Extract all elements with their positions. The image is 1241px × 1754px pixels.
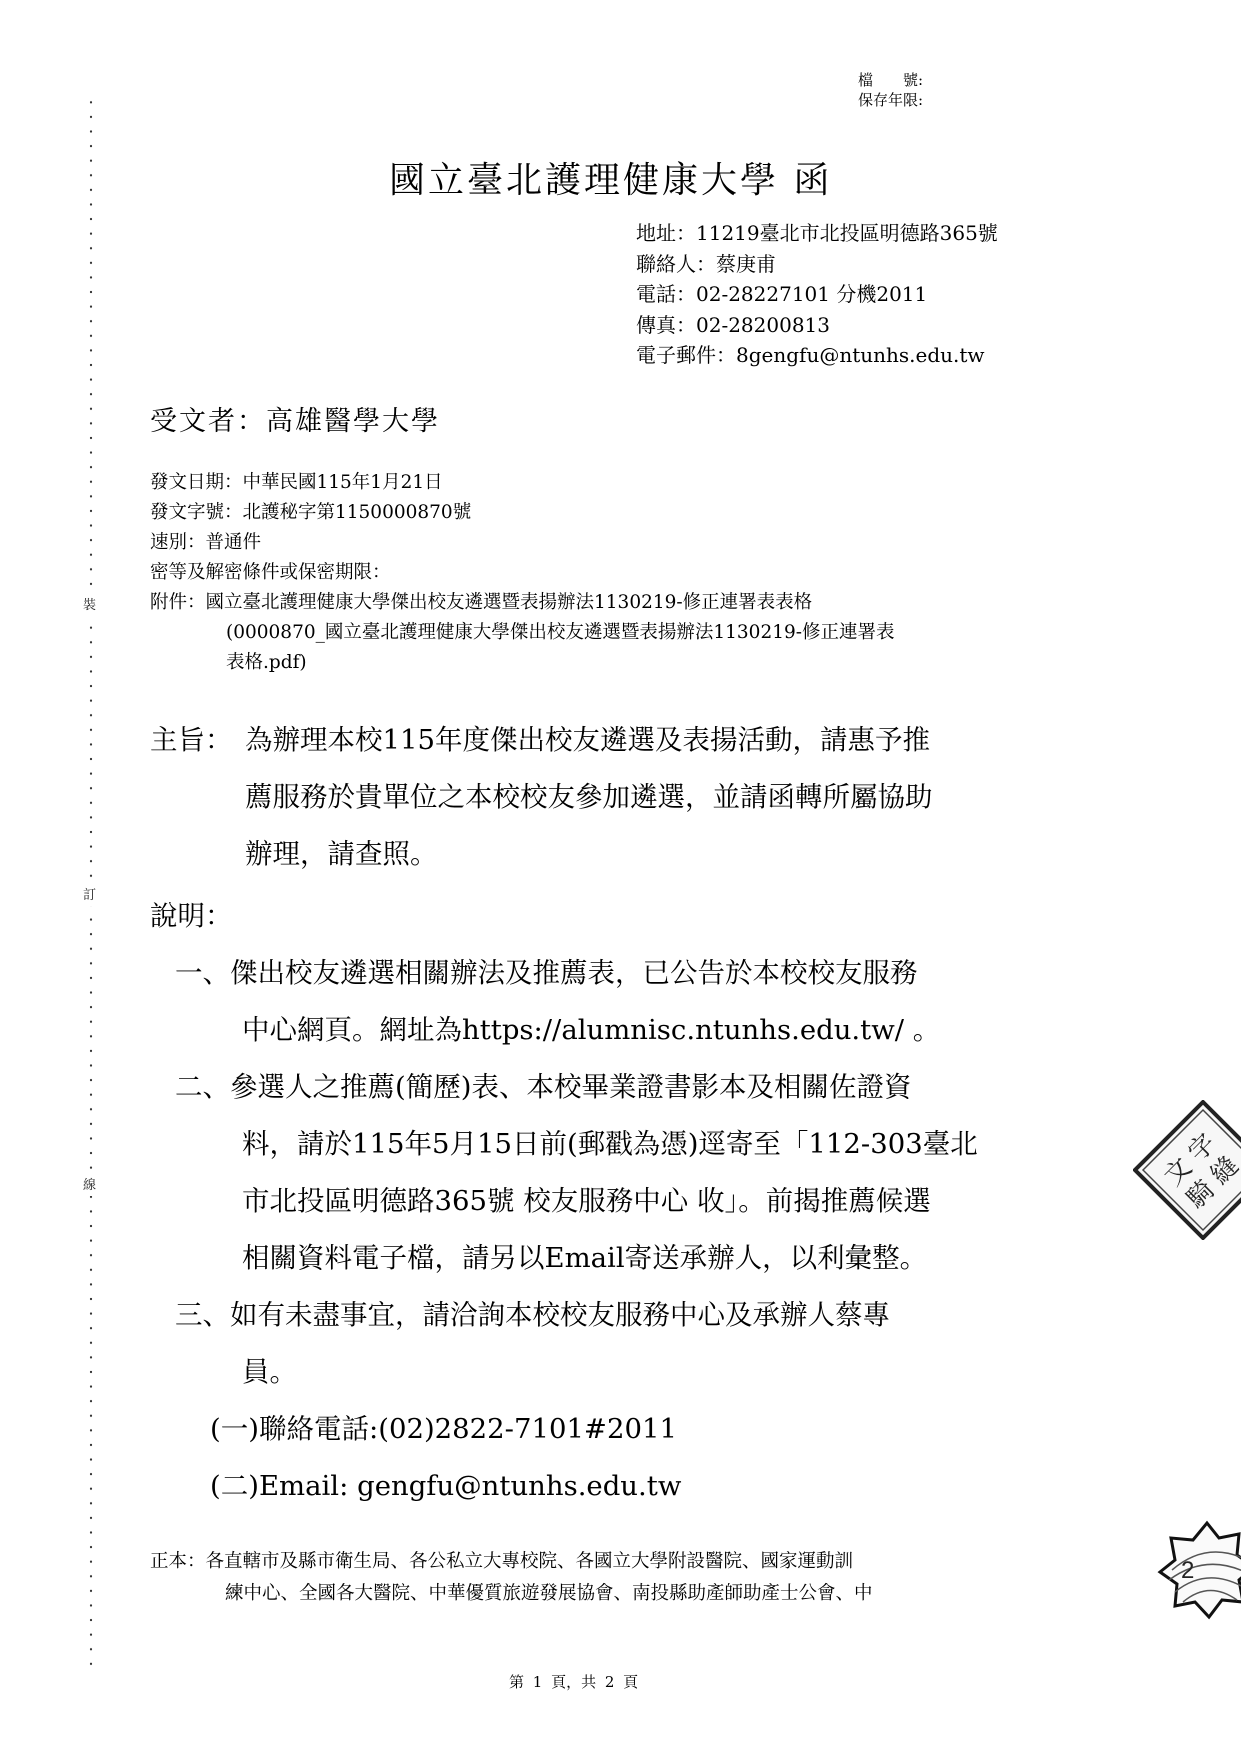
cc-line: 正本：各直轄市及縣市衛生局、各公私立大專校院、各國立大學附設醫院、國家運動訓 [150, 1546, 873, 1578]
contact-phone: (一)聯絡電話:(02)2822-7101#2011 [150, 1401, 978, 1458]
subject-line: 薦服務於貴單位之本校校友參加遴選，並請函轉所屬協助 [150, 769, 933, 826]
carbon-copy-section: 正本：各直轄市及縣市衛生局、各公私立大專校院、各國立大學附設醫院、國家運動訓 練… [150, 1546, 873, 1610]
explanation-item-3: 三、如有未盡事宜，請洽詢本校校友服務中心及承辦人蔡專 [150, 1287, 978, 1344]
explanation-item-2-cont: 相關資料電子檔，請另以Email寄送承辦人，以利彙整。 [150, 1230, 978, 1287]
archive-info: 檔 號: 保存年限: [858, 70, 923, 110]
subject-section: 主旨：為辦理本校115年度傑出校友遴選及表揚活動，請惠予推 薦服務於貴單位之本校… [150, 712, 933, 883]
explanation-item-2-cont: 料，請於115年5月15日前(郵戳為憑)逕寄至「112-303臺北 [150, 1116, 978, 1173]
sender-email: 電子郵件：8gengfu@ntunhs.edu.tw [636, 340, 998, 371]
page-seal-number: 2 [1181, 1557, 1194, 1584]
sender-info: 地址：11219臺北市北投區明德路365號 聯絡人：蔡庚甫 電話：02-2822… [636, 218, 998, 371]
attachment-line: 附件：國立臺北護理健康大學傑出校友遴選暨表揚辦法1130219-修正連署表表格 [150, 588, 895, 618]
explanation-item-1-url[interactable]: 中心網頁。網址為https://alumnisc.ntunhs.edu.tw/ … [150, 1002, 978, 1059]
page-footer: 第 1 頁，共 2 頁 [509, 1671, 638, 1693]
document-number: 發文字號：北護秘字第1150000870號 [150, 498, 895, 528]
sender-contact: 聯絡人：蔡庚甫 [636, 249, 998, 280]
subject-line: 辦理，請查照。 [150, 826, 933, 883]
issue-date: 發文日期：中華民國115年1月21日 [150, 468, 895, 498]
binding-mark-zhuang: 裝 [83, 596, 96, 616]
secrecy-level: 密等及解密條件或保密期限： [150, 558, 895, 588]
page-seam-stamp-icon: 2 [1157, 1520, 1241, 1620]
binding-mark-ding: 訂 [83, 886, 96, 906]
explanation-item-1: 一、傑出校友遴選相關辦法及推薦表，已公告於本校校友服務 [150, 945, 978, 1002]
sender-phone: 電話：02-28227101 分機2011 [636, 279, 998, 310]
official-seal-stamp-icon: 文 字 騎 縫 [1133, 1100, 1241, 1240]
document-meta: 發文日期：中華民國115年1月21日 發文字號：北護秘字第1150000870號… [150, 468, 895, 678]
explanation-section: 說明： 一、傑出校友遴選相關辦法及推薦表，已公告於本校校友服務 中心網頁。網址為… [150, 888, 978, 1515]
subject-line: 為辦理本校115年度傑出校友遴選及表揚活動，請惠予推 [245, 724, 930, 756]
explanation-item-3-cont: 員。 [150, 1344, 978, 1401]
cc-line: 練中心、全國各大醫院、中華優質旅遊發展協會、南投縣助產師助產士公會、中 [150, 1578, 873, 1610]
binding-dotted-line [88, 95, 94, 1675]
speed-class: 速別：普通件 [150, 528, 895, 558]
binding-mark-xian: 線 [83, 1176, 96, 1196]
explanation-item-2: 二、參選人之推薦(簡歷)表、本校畢業證書影本及相關佐證資 [150, 1059, 978, 1116]
document-title: 國立臺北護理健康大學 函 [389, 157, 832, 205]
file-number-label: 檔 號: [858, 70, 923, 90]
explanation-item-2-cont: 市北投區明德路365號 校友服務中心 收」。前揭推薦候選 [150, 1173, 978, 1230]
contact-email-link[interactable]: (二)Email: gengfu@ntunhs.edu.tw [150, 1458, 978, 1515]
attachment-file-link-cont[interactable]: 表格.pdf) [150, 648, 895, 678]
recipient: 受文者：高雄醫學大學 [150, 402, 440, 442]
sender-address: 地址：11219臺北市北投區明德路365號 [636, 218, 998, 249]
explanation-label: 說明： [150, 888, 978, 945]
attachment-file-link[interactable]: (0000870_國立臺北護理健康大學傑出校友遴選暨表揚辦法1130219-修正… [150, 618, 895, 648]
retention-period-label: 保存年限: [858, 90, 923, 110]
sender-fax: 傳真：02-28200813 [636, 310, 998, 341]
subject-label: 主旨： [150, 712, 245, 769]
